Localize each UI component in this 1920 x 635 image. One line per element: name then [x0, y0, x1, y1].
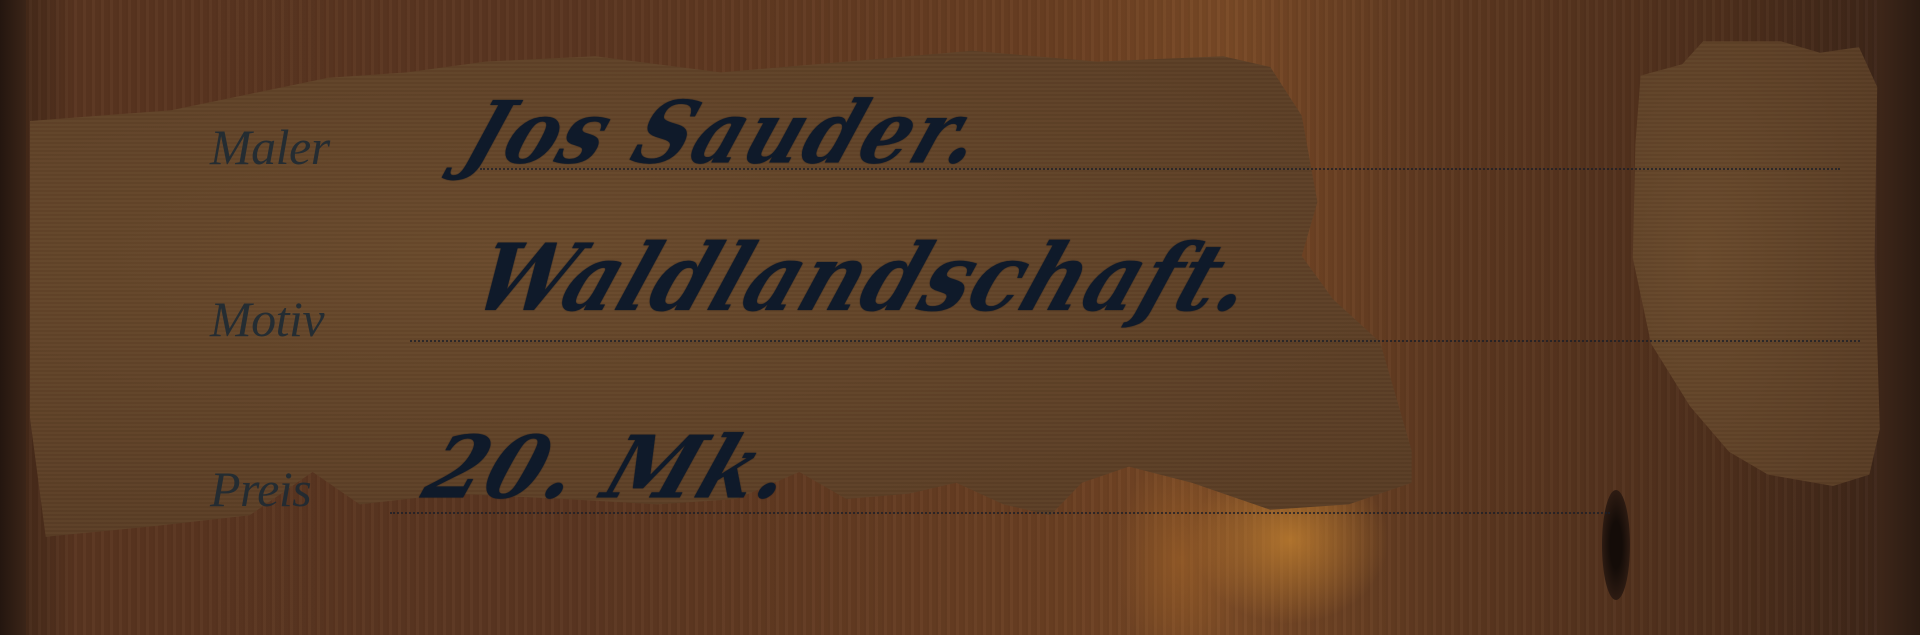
wood-knot [1602, 490, 1630, 600]
handwritten-painter-name: Jos Sauder. [452, 83, 999, 183]
panel-left-edge [0, 0, 26, 635]
handwritten-motif: Waldlandschaft. [460, 223, 1271, 332]
printed-label-preis: Preis [210, 460, 311, 518]
printed-label-maler: Maler [210, 118, 330, 176]
wooden-panel: Maler Motiv Preis Jos Sauder. Waldlandsc… [0, 0, 1920, 635]
printed-label-motiv: Motiv [210, 290, 324, 348]
dotted-line-motiv [410, 340, 1860, 342]
panel-right-edge [1880, 0, 1920, 635]
handwritten-price: 20. Mk. [412, 418, 810, 519]
paper-fragment [1625, 30, 1885, 600]
